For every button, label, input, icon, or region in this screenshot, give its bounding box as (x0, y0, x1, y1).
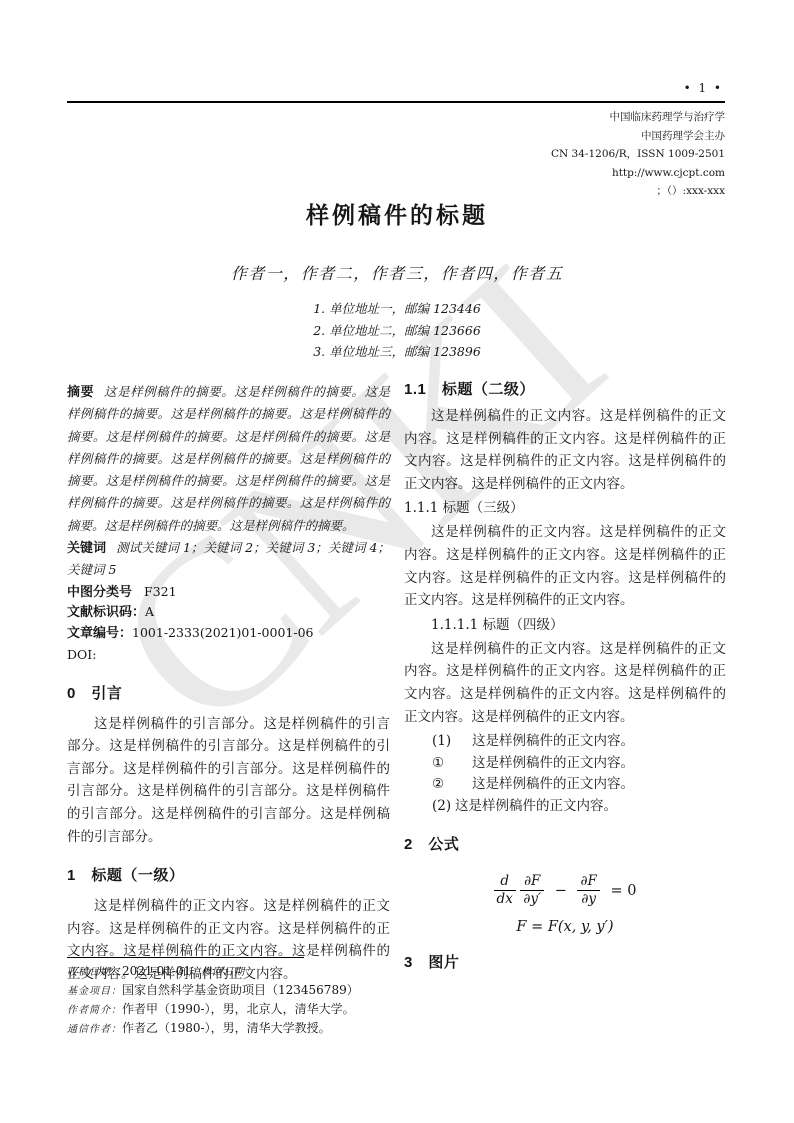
header-rule (67, 101, 725, 103)
list-item-marker: ① (432, 753, 472, 775)
affiliation-line: 1. 单位地址一，邮编 123446 (0, 298, 794, 320)
affiliation-line: 3. 单位地址三，邮编 123896 (0, 341, 794, 363)
equation-euler-lagrange: ddx ∂F∂y′ − ∂F∂y = 0 (404, 874, 726, 907)
affiliation-line: 2. 单位地址二，邮编 123666 (0, 320, 794, 342)
journal-info: 中国临床药理学与治疗学 中国药理学会主办 CN 34-1206/R，ISSN 1… (551, 108, 725, 201)
clc-label: 中图分类号 (67, 584, 132, 599)
corr-label: 通信作者： (67, 1024, 122, 1035)
bio-label: 作者简介： (67, 1005, 122, 1016)
list-item-marker: (2) (432, 796, 455, 818)
abstract-block: 摘要这是样例稿件的摘要。这是样例稿件的摘要。这是样例稿件的摘要。这是样例稿件的摘… (67, 381, 390, 537)
list-item-text: 这是样例稿件的正文内容。 (472, 776, 634, 792)
list-item: ①这是样例稿件的正文内容。 (404, 753, 726, 775)
fraction-dF-dy: ∂F∂y (577, 874, 599, 907)
list-item-text: 这是样例稿件的正文内容。 (472, 733, 634, 749)
fraction-d-dx: ddx (494, 874, 516, 907)
fund-value: 国家自然科学基金资助项目（123456789） (122, 983, 359, 997)
list-item-text: 这是样例稿件的正文内容。 (472, 755, 634, 771)
doc-code-label: 文献标识码： (67, 604, 145, 619)
section-heading-3: 3 图片 (404, 951, 726, 972)
article-title: 样例稿件的标题 (0, 197, 794, 230)
journal-sponsor: 中国药理学会主办 (551, 127, 725, 146)
doc-code-value: A (145, 604, 154, 619)
section-heading-intro: 0 引言 (67, 682, 390, 703)
footnote-block: 收稿日期：2021-01-01修回日期： 基金项目：国家自然科学基金资助项目（1… (67, 957, 412, 1039)
body-paragraph-1-1-1: 这是样例稿件的正文内容。这是样例稿件的正文内容。这是样例稿件的正文内容。这是样例… (404, 521, 726, 611)
minus-operator: − (555, 883, 567, 899)
received-date-label: 收稿日期： (67, 967, 122, 978)
clc-value: F321 (144, 584, 177, 599)
section-heading-1-1-1-1: 1.1.1.1 标题（四级） (404, 614, 726, 636)
doi-line: DOI: (67, 645, 390, 666)
received-date-value: 2021-01-01 (122, 964, 191, 978)
equation-F-definition: F = F(x, y, y′) (404, 919, 726, 935)
body-paragraph-1-1: 这是样例稿件的正文内容。这是样例稿件的正文内容。这是样例稿件的正文内容。这是样例… (404, 405, 726, 495)
intro-paragraph: 这是样例稿件的引言部分。这是样例稿件的引言部分。这是样例稿件的引言部分。这是样例… (67, 713, 390, 849)
equation-rhs: = 0 (610, 883, 636, 899)
revised-date-label: 修回日期： (201, 967, 256, 978)
footnote-author-bio: 作者简介：作者甲（1990-），男，北京人，清华大学。 (67, 1001, 412, 1020)
footnote-fund: 基金项目：国家自然科学基金资助项目（123456789） (67, 982, 412, 1001)
article-id-line: 文章编号：1001-2333(2021)01-0001-06 (67, 623, 390, 644)
keywords-label: 关键词 (67, 540, 106, 555)
section-heading-2: 2 公式 (404, 833, 726, 854)
list-item: (1)这是样例稿件的正文内容。 (404, 731, 726, 753)
document-page: CNKI • 1 • 中国临床药理学与治疗学 中国药理学会主办 CN 34-12… (0, 0, 794, 1123)
section-heading-1-1-1: 1.1.1 标题（三级） (404, 497, 726, 519)
clc-line: 中图分类号F321 (67, 582, 390, 603)
list-item-text: 这是样例稿件的正文内容。 (455, 798, 617, 814)
right-column: 1.1 标题（二级） 这是样例稿件的正文内容。这是样例稿件的正文内容。这是样例稿… (404, 378, 726, 982)
body-paragraph-1-1-1-1: 这是样例稿件的正文内容。这是样例稿件的正文内容。这是样例稿件的正文内容。这是样例… (404, 638, 726, 728)
list-item: (2)这是样例稿件的正文内容。 (404, 796, 726, 818)
numbered-list: (1)这是样例稿件的正文内容。 ①这是样例稿件的正文内容。 ②这是样例稿件的正文… (404, 731, 726, 817)
footnote-rule (67, 957, 304, 958)
authors-line: 作者一，作者二，作者三，作者四，作者五 (0, 261, 794, 284)
section-heading-1: 1 标题（一级） (67, 864, 390, 885)
affiliations: 1. 单位地址一，邮编 123446 2. 单位地址二，邮编 123666 3.… (0, 298, 794, 363)
list-item-marker: (1) (432, 731, 472, 753)
corr-value: 作者乙（1980-），男，清华大学教授。 (122, 1021, 331, 1035)
list-item: ②这是样例稿件的正文内容。 (404, 774, 726, 796)
section-heading-1-1: 1.1 标题（二级） (404, 378, 726, 399)
doc-code-line: 文献标识码：A (67, 602, 390, 623)
fraction-dF-dyprime: ∂F∂y′ (520, 874, 544, 907)
list-item-marker: ② (432, 774, 472, 796)
abstract-text: 这是样例稿件的摘要。这是样例稿件的摘要。这是样例稿件的摘要。这是样例稿件的摘要。… (67, 384, 390, 533)
journal-name: 中国临床药理学与治疗学 (551, 108, 725, 127)
article-id-label: 文章编号： (67, 625, 132, 640)
fund-label: 基金项目： (67, 986, 122, 997)
left-column: 摘要这是样例稿件的摘要。这是样例稿件的摘要。这是样例稿件的摘要。这是样例稿件的摘… (67, 381, 390, 986)
footnote-corresponding-author: 通信作者：作者乙（1980-），男，清华大学教授。 (67, 1020, 412, 1039)
equations-block: ddx ∂F∂y′ − ∂F∂y = 0 F = F(x, y, y′) (404, 874, 726, 935)
page-number: • 1 • (684, 81, 723, 95)
bio-value: 作者甲（1990-），男，北京人，清华大学。 (122, 1002, 355, 1016)
article-id-value: 1001-2333(2021)01-0001-06 (132, 625, 313, 640)
journal-issn: CN 34-1206/R，ISSN 1009-2501 (551, 145, 725, 164)
keywords-text: 测试关键词 1；关键词 2；关键词 3；关键词 4；关键词 5 (67, 540, 390, 577)
abstract-label: 摘要 (67, 384, 94, 399)
keywords-block: 关键词测试关键词 1；关键词 2；关键词 3；关键词 4；关键词 5 (67, 537, 390, 582)
journal-url: http://www.cjcpt.com (551, 164, 725, 183)
footnote-dates: 收稿日期：2021-01-01修回日期： (67, 963, 412, 982)
